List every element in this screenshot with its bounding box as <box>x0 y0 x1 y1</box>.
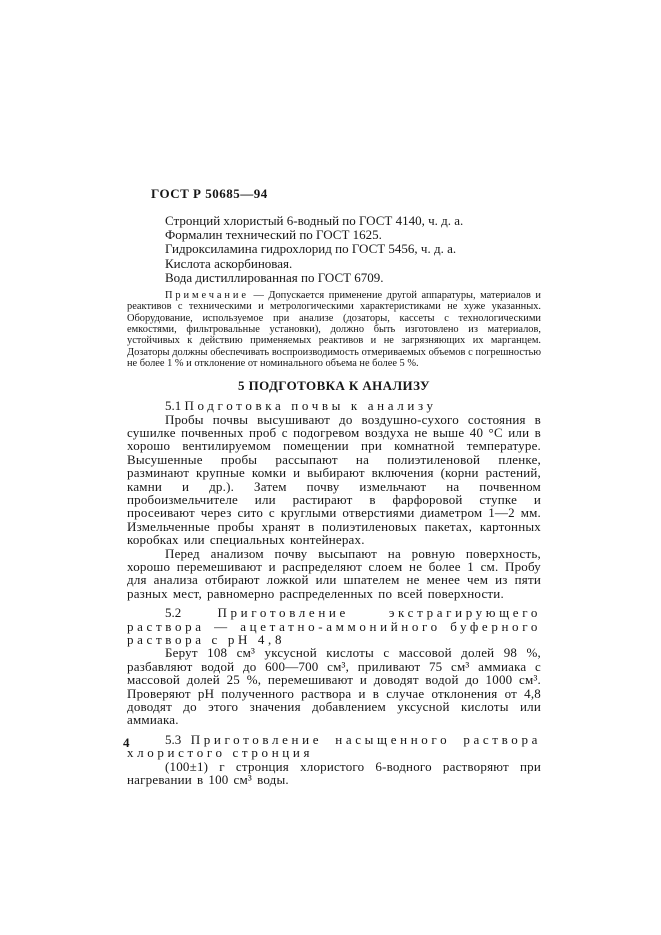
document-code-header: ГОСТ Р 50685—94 <box>151 186 541 202</box>
note-text: Допускается применение другой аппаратуры… <box>127 290 541 369</box>
reagent-item: Гидроксиламина гидрохлорид по ГОСТ 5456,… <box>127 242 541 256</box>
reagent-item: Стронций хлористый 6-водный по ГОСТ 4140… <box>127 214 541 228</box>
reagent-list: Стронций хлористый 6-водный по ГОСТ 4140… <box>127 214 541 285</box>
subsection-5-2-title: Приготовление экстрагирующего раствора —… <box>127 605 541 647</box>
subsection-5-3-heading: 5.3 Приготовление насыщенного раствора х… <box>127 733 541 760</box>
body-paragraph: Пробы почвы высушивают до воздушно-сухог… <box>127 413 541 547</box>
reagent-item: Кислота аскорбиновая. <box>127 257 541 271</box>
body-paragraph: Перед анализом почву высыпают на ровную … <box>127 547 541 601</box>
note-paragraph: Примечание — Допускается применение друг… <box>127 290 541 369</box>
reagent-item: Вода дистиллированная по ГОСТ 6709. <box>127 271 541 285</box>
subsection-5-2-heading: 5.2 Приготовление экстрагирующего раство… <box>127 606 541 646</box>
subsection-5-3-title: Приготовление насыщенного раствора хлори… <box>127 732 541 760</box>
document-page: ГОСТ Р 50685—94 Стронций хлористый 6-вод… <box>0 0 661 935</box>
body-paragraph: Берут 108 см³ уксусной кислоты с массово… <box>127 646 541 726</box>
page-number: 4 <box>123 735 130 751</box>
subsection-5-1-heading: 5.1 Подготовка почвы к анализу <box>127 399 541 412</box>
note-label: Примечание <box>165 290 249 301</box>
reagent-item: Формалин технический по ГОСТ 1625. <box>127 228 541 242</box>
page-content: ГОСТ Р 50685—94 Стронций хлористый 6-вод… <box>127 186 541 786</box>
subsection-5-1-number: 5.1 <box>165 398 181 413</box>
note-dash: — <box>253 290 263 301</box>
body-paragraph: (100±1) г стронция хлористого 6-водного … <box>127 760 541 787</box>
subsection-5-1-title: Подготовка почвы к анализу <box>185 398 437 413</box>
section-5-title: 5 ПОДГОТОВКА К АНАЛИЗУ <box>127 378 541 393</box>
